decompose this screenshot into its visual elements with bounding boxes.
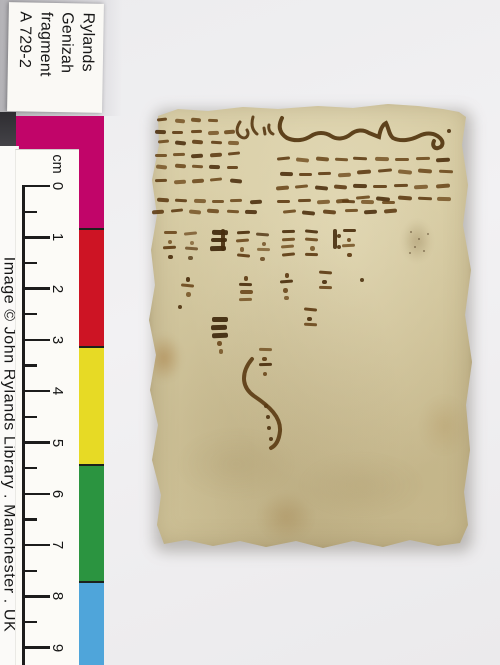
arabic-glyphs — [237, 117, 273, 138]
s-curve-stroke — [244, 359, 280, 448]
digitized-manuscript-photo: Rylands Genizah fragment A 729-2 Image ©… — [0, 0, 500, 665]
arabic-script-overlay — [0, 0, 500, 665]
arabic-script-line — [280, 118, 443, 148]
